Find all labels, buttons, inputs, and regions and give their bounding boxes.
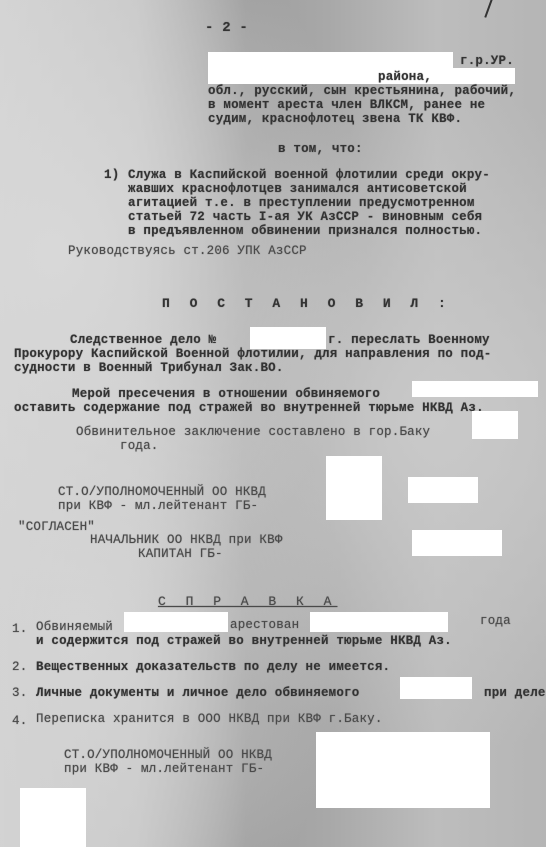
reference-item-number: 1. — [12, 622, 27, 636]
redaction-box — [20, 788, 86, 847]
reference-item-1-a: Обвиняемый — [36, 620, 113, 634]
reference-item-3-a: Личные документы и личное дело обвиняемо… — [36, 686, 359, 700]
signature2-title: НАЧАЛЬНИК ОО НКВД при КВФ — [90, 533, 283, 547]
redaction-box — [453, 68, 515, 84]
scanned-document-page: - 2 - г.р.УР. района, обл., русский, сын… — [0, 0, 546, 847]
redaction-box — [472, 411, 518, 439]
resolution-p1-a: Следственное дело № — [70, 333, 216, 347]
resolution-p2-line1: Мерой пресечения в отношении обвиняемого — [72, 387, 380, 401]
redaction-box — [326, 456, 382, 520]
signature2-rank: КАПИТАН ГБ- — [138, 547, 223, 561]
resolution-p1-line3: судности в Военный Трибунал Зак.ВО. — [14, 361, 284, 375]
reference-item-2: Вещественных доказательств по делу не им… — [36, 660, 390, 674]
signature3-rank: при КВФ - мл.лейтенант ГБ- — [64, 762, 264, 776]
redaction-box — [316, 732, 490, 808]
signature1-rank: при КВФ - мл.лейтенант ГБ- — [58, 499, 258, 513]
header-line-4: в момент ареста член ВЛКСМ, ранее не — [208, 98, 485, 112]
charge-line: жавших краснофлотцев занимался антисовет… — [128, 182, 467, 196]
reference-item-1-c: года — [480, 614, 511, 628]
district-label: района, — [378, 70, 432, 84]
resolved-heading: П О С Т А Н О В И Л : — [162, 296, 452, 311]
redaction-box — [400, 677, 472, 699]
charge-line: агитацией т.е. в преступлении предусмотр… — [128, 196, 475, 210]
charge-line: Служа в Каспийской военной флотилии сред… — [128, 168, 490, 182]
reference-item-1-line2: и содержится под стражей во внутренней т… — [36, 634, 452, 648]
reference-item-number: 4. — [12, 714, 27, 728]
agreed-label: "СОГЛАСЕН" — [18, 520, 95, 534]
resolution-p1-line2: Прокурору Каспийской Военной флотилии, д… — [14, 347, 491, 361]
reference-item-number: 3. — [12, 686, 27, 700]
signature1-title: СТ.О/УПОЛНОМОЧЕННЫЙ ОО НКВД — [58, 485, 266, 499]
reference-item-3-b: при деле — [484, 686, 546, 700]
resolution-p1-b: г. переслать Военному — [328, 333, 490, 347]
reference-heading: С П Р А В К А — [158, 594, 337, 609]
pen-mark — [484, 0, 493, 18]
birth-suffix: г.р.УР. — [460, 54, 514, 68]
charge-line: статьей 72 часть I-ая УК АзССР - виновны… — [128, 210, 482, 224]
reference-item-1-b: арестован — [230, 618, 299, 632]
redaction-box — [412, 381, 538, 397]
reference-item-number: 2. — [12, 660, 27, 674]
guided-by-line: Руководствуясь ст.206 УПК АзССР — [68, 244, 307, 258]
redaction-box — [408, 477, 478, 503]
redaction-box — [310, 612, 448, 632]
redaction-box — [412, 530, 502, 556]
signature3-title: СТ.О/УПОЛНОМОЧЕННЫЙ ОО НКВД — [64, 748, 272, 762]
page-number: - 2 - — [205, 20, 248, 36]
resolution-p2-line2: оставить содержание под стражей во внутр… — [14, 401, 484, 415]
header-line-5: судим, краснофлотец звена ТК КВФ. — [208, 112, 462, 126]
resolution-p3-line1: Обвинительное заключение составлено в го… — [76, 425, 430, 439]
redaction-box — [124, 612, 228, 632]
resolution-p3-line2: года. — [120, 439, 159, 453]
in-that-heading: в том, что: — [278, 142, 363, 156]
header-line-3: обл., русский, сын крестьянина, рабочий, — [208, 84, 516, 98]
redaction-box — [250, 327, 326, 349]
charge-line: в предъявленном обвинении признался полн… — [128, 224, 482, 238]
reference-item-4: Переписка хранится в ООО НКВД при КВФ г.… — [36, 712, 383, 726]
charge-number: 1) — [104, 168, 119, 182]
